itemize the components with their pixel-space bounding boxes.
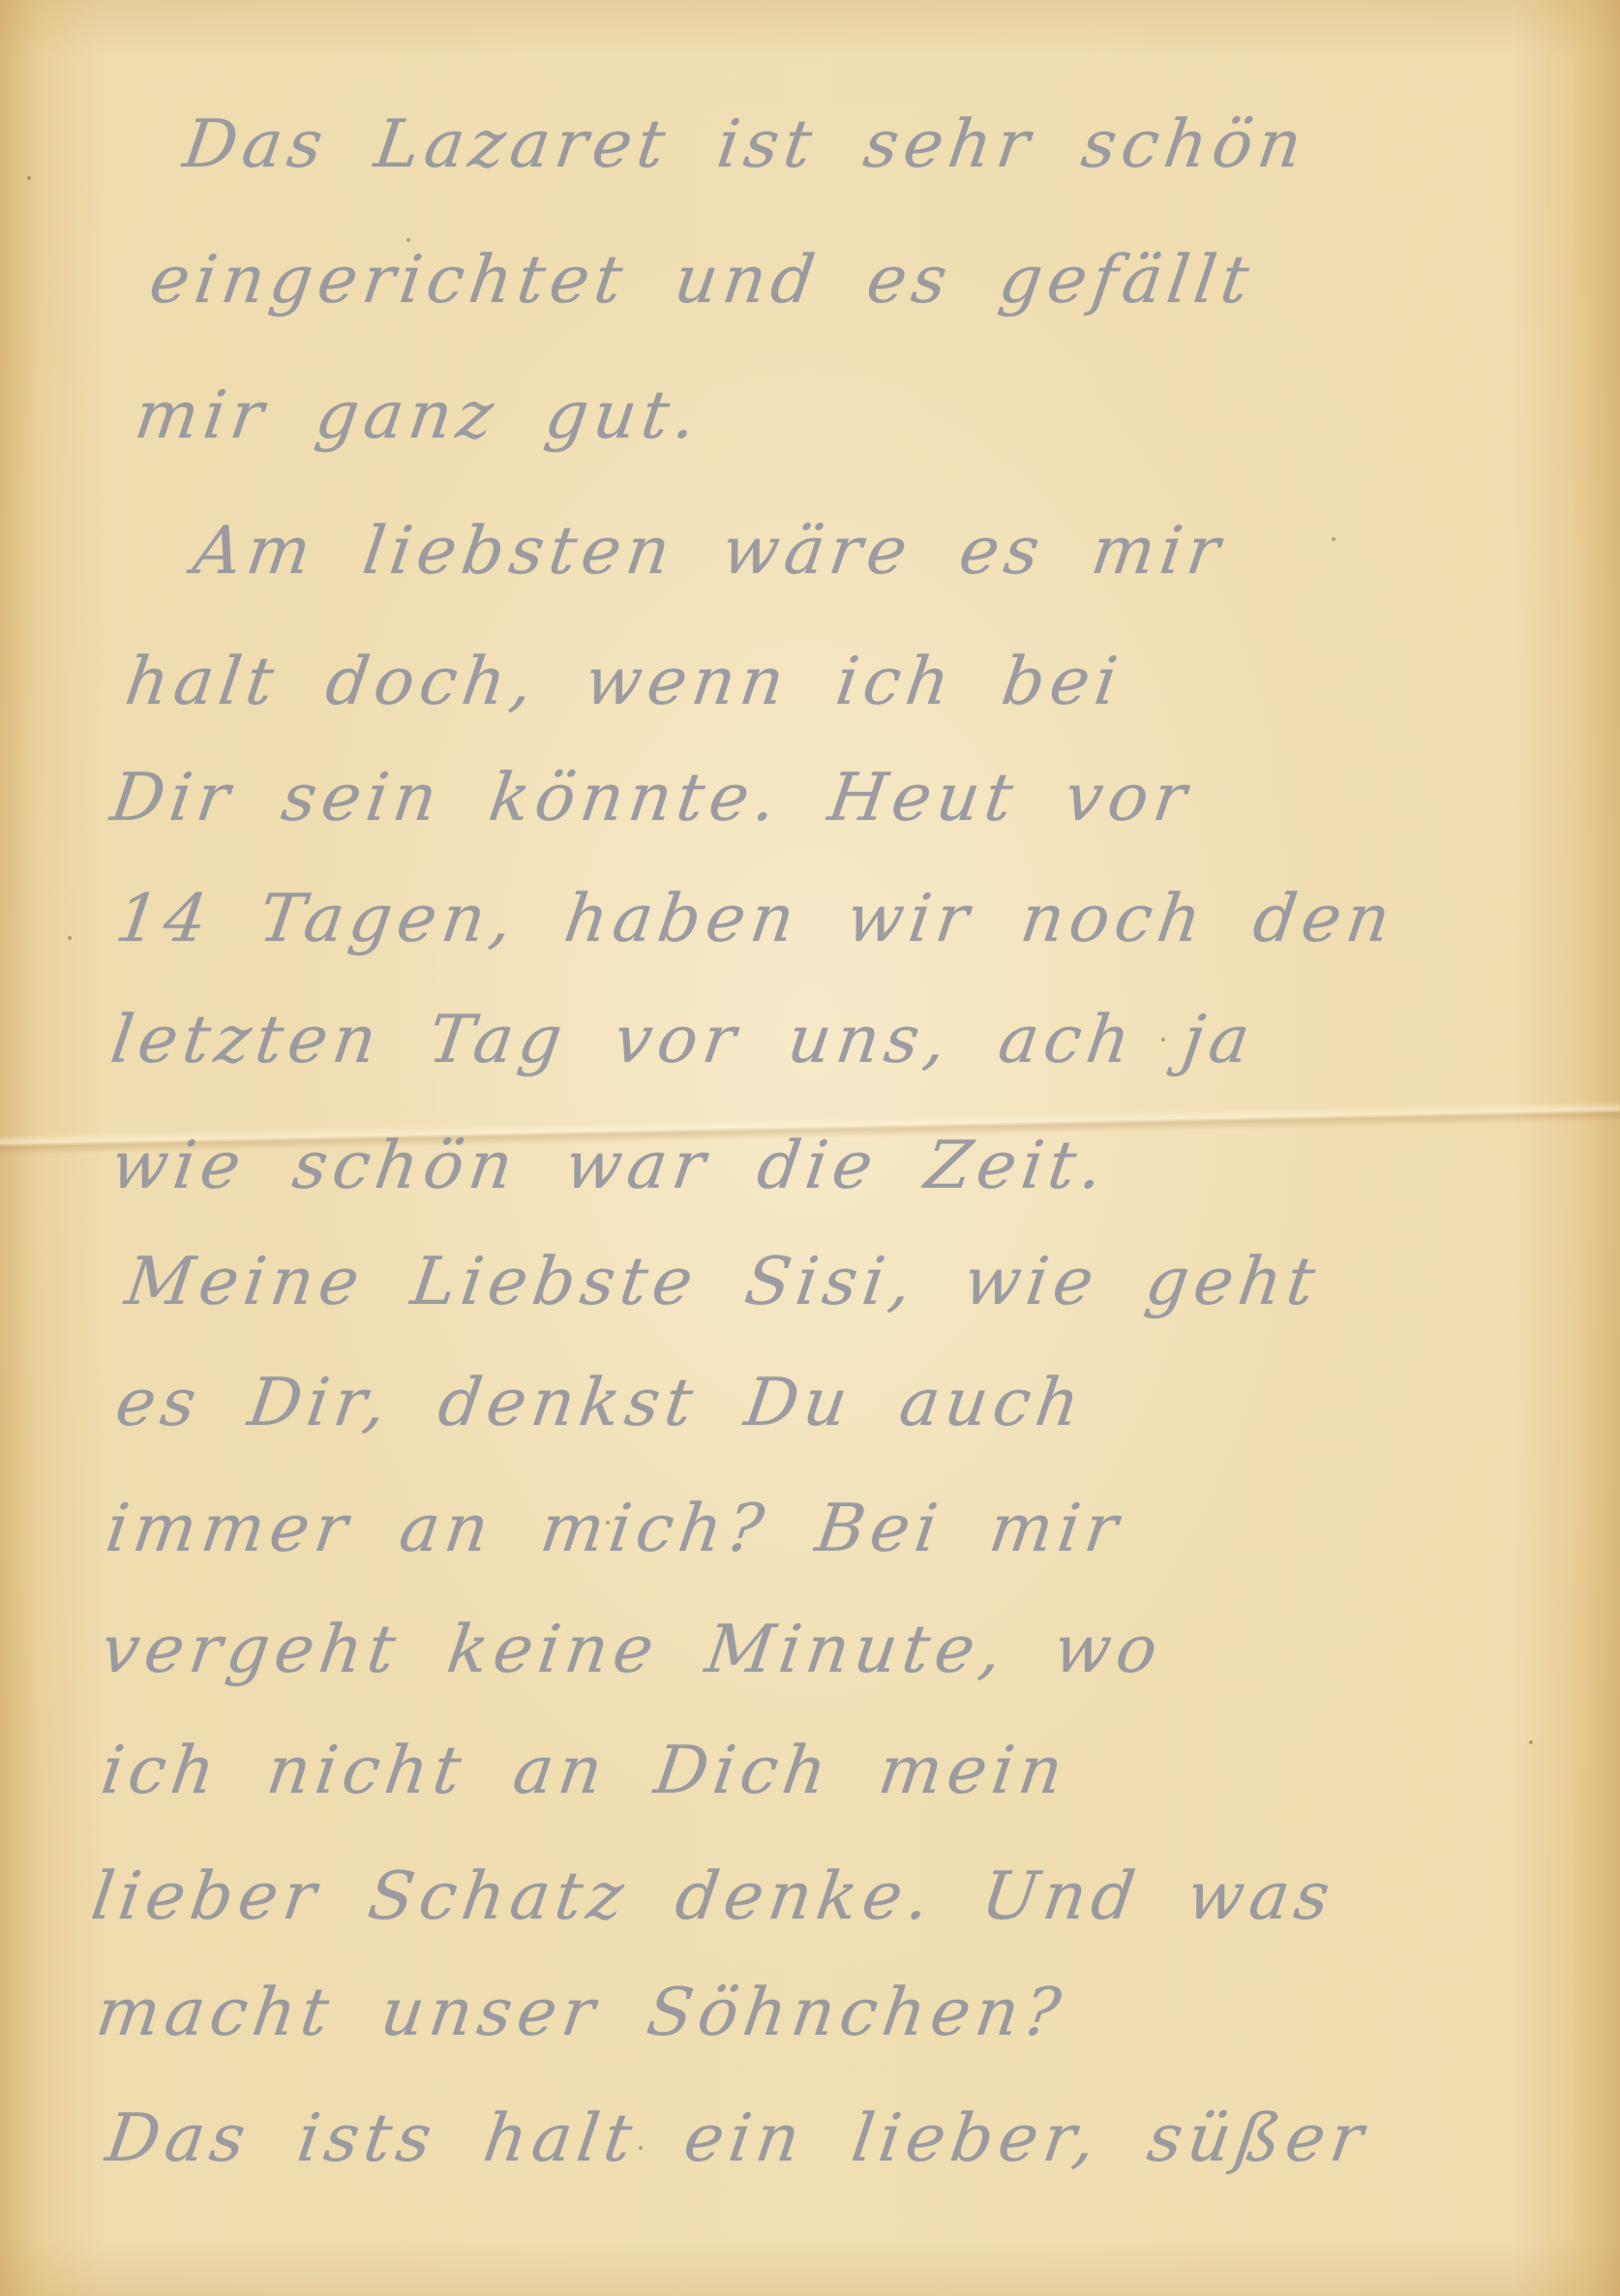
letter-line-17: Das ists halt ein lieber, süßer	[102, 2100, 1373, 2177]
letter-line-9: wie schön war die Zeit.	[106, 1128, 1113, 1204]
letter-line-15: lieber Schatz denke. Und was	[87, 1858, 1340, 1935]
handwritten-text: Das Lazaret ist sehr schön eingerichtet …	[0, 0, 1620, 2296]
letter-line-5: halt doch, wenn ich bei	[121, 644, 1127, 720]
letter-line-8: letzten Tag vor uns, ach ja	[106, 1002, 1260, 1078]
letter-line-3: mir ganz gut.	[131, 378, 706, 454]
letter-line-4: Am liebsten wäre es mir	[189, 513, 1230, 589]
letter-line-6: Dir sein könnte. Heut vor	[106, 760, 1196, 836]
letter-line-2: eingerichtet und es gefällt	[145, 242, 1259, 318]
letter-line-11: es Dir, denkst Du auch	[111, 1365, 1090, 1441]
letter-line-12: immer an mich? Bei mir	[102, 1491, 1128, 1567]
letter-line-7: 14 Tagen, haben wir noch den	[111, 881, 1400, 957]
letter-line-16: macht unser Söhnchen?	[92, 1975, 1070, 2051]
letter-line-10: Meine Liebste Sisi, wie geht	[121, 1244, 1325, 1320]
letter-line-1: Das Lazaret ist sehr schön	[179, 106, 1312, 183]
letter-page: Das Lazaret ist sehr schön eingerichtet …	[0, 0, 1620, 2296]
letter-line-14: ich nicht an Dich mein	[97, 1733, 1073, 1809]
letter-line-13: vergeht keine Minute, wo	[97, 1612, 1168, 1688]
